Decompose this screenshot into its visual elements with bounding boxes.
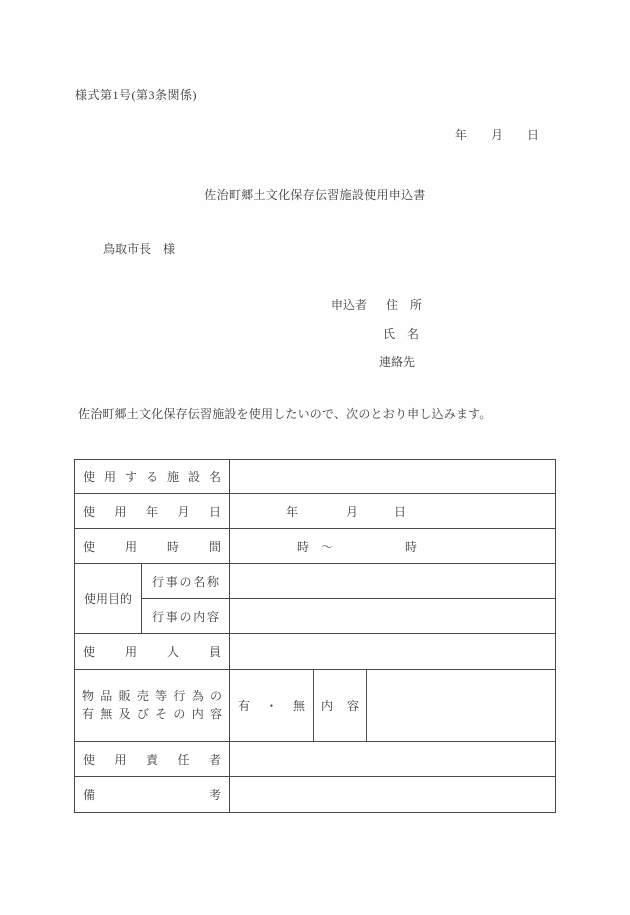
use-date-value-cell: 年 月 日 (230, 494, 555, 528)
intro-sentence: 佐治町郷土文化保存伝習施設を使用したいので、次のとおり申し込みます。 (78, 405, 492, 422)
event-name-label: 行事の名称 (152, 573, 219, 590)
sales-detail-label-cell: 内容 (314, 670, 367, 741)
sales-choice: 有・無 (238, 697, 305, 714)
sales-label-line2: 有無及びその内容 (82, 706, 222, 724)
responsible-label: 使用責任者 (83, 751, 221, 768)
facility-value-cell (230, 460, 555, 493)
addressee-line: 鳥取市長 様 (103, 240, 175, 257)
applicant-block: 申込者住 所 氏 名 連絡先 (331, 291, 422, 377)
sales-label-line1: 物品販売等行為の (82, 688, 222, 706)
attendance-value-cell (230, 634, 555, 669)
sales-choice-cell: 有・無 (230, 670, 314, 741)
table-row-facility: 使用する施設名 (75, 460, 555, 494)
remarks-label: 備考 (83, 786, 221, 803)
table-row-use-date: 使用年月日 年 月 日 (75, 494, 555, 529)
header-date-line: 年 月 日 (455, 126, 539, 143)
event-detail-value-cell (230, 599, 555, 633)
sales-label-cell: 物品販売等行為の 有無及びその内容 (75, 670, 230, 741)
table-row-purpose: 使用目的 行事の名称 行事の内容 (75, 564, 555, 634)
form-number: 様式第1号(第3条関係) (75, 86, 197, 103)
sales-detail-value-cell (367, 670, 555, 741)
table-row-responsible: 使用責任者 (75, 742, 555, 777)
use-date-label-cell: 使用年月日 (75, 494, 230, 528)
attendance-label-cell: 使用人員 (75, 634, 230, 669)
use-date-label: 使用年月日 (83, 503, 221, 520)
purpose-subrows: 行事の名称 行事の内容 (142, 564, 555, 633)
form-page: 様式第1号(第3条関係) 年 月 日 佐治町郷土文化保存伝習施設使用申込書 鳥取… (0, 0, 630, 915)
table-row-sales: 物品販売等行為の 有無及びその内容 有・無 内容 (75, 670, 555, 742)
event-detail-subrow: 行事の内容 (142, 599, 555, 633)
application-table: 使用する施設名 使用年月日 年 月 日 使用時間 時 ～ 時 使用目的 行事の名… (74, 459, 556, 813)
remarks-label-cell: 備考 (75, 777, 230, 812)
event-detail-label-cell: 行事の内容 (142, 599, 230, 633)
table-row-attendance: 使用人員 (75, 634, 555, 670)
use-time-label: 使用時間 (83, 538, 221, 555)
event-name-value-cell (230, 564, 555, 598)
event-name-label-cell: 行事の名称 (142, 564, 230, 598)
applicant-label: 申込者 (331, 298, 367, 312)
table-row-remarks: 備考 (75, 777, 555, 812)
applicant-name-label: 氏 名 (331, 320, 422, 349)
use-time-value-cell: 時 ～ 時 (230, 529, 555, 563)
remarks-value-cell (230, 777, 555, 812)
sales-detail-label: 内容 (321, 697, 359, 714)
facility-label: 使用する施設名 (83, 468, 221, 485)
purpose-label-cell: 使用目的 (75, 564, 142, 633)
event-detail-label: 行事の内容 (152, 608, 219, 625)
applicant-contact-label: 連絡先 (331, 348, 422, 377)
applicant-address-label: 住 所 (386, 298, 422, 312)
page-title: 佐治町郷土文化保存伝習施設使用申込書 (0, 186, 630, 203)
use-time-label-cell: 使用時間 (75, 529, 230, 563)
attendance-label: 使用人員 (83, 643, 221, 660)
responsible-label-cell: 使用責任者 (75, 742, 230, 776)
responsible-value-cell (230, 742, 555, 776)
applicant-address-line: 申込者住 所 (331, 291, 422, 320)
table-row-use-time: 使用時間 時 ～ 時 (75, 529, 555, 564)
event-name-subrow: 行事の名称 (142, 564, 555, 599)
facility-label-cell: 使用する施設名 (75, 460, 230, 493)
